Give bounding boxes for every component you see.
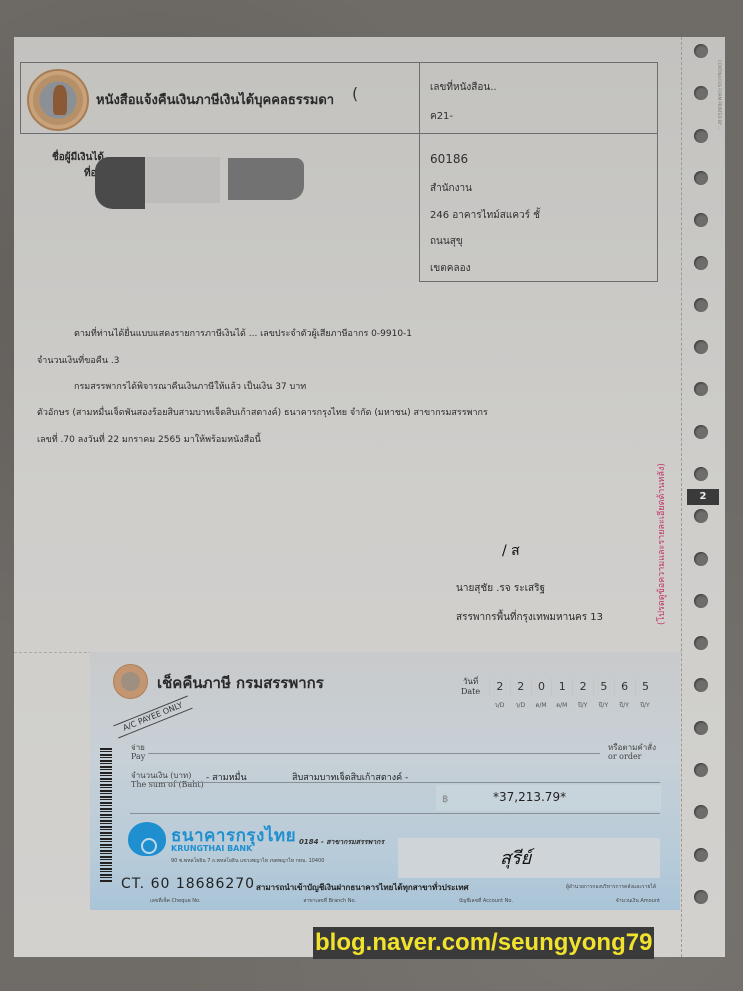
document-title: หนังสือแจ้งคืนเงินภาษีเงินได้บุคคลธรรมดา <box>96 89 334 110</box>
date-unit: ว/D <box>510 700 531 710</box>
office-address-line-1: 246 อาคารไทม์สแควร์ ชั้ <box>430 208 540 223</box>
revenue-department-seal-icon <box>27 69 89 131</box>
date-digit: 5 <box>635 678 656 696</box>
date-digit: 0 <box>531 678 552 696</box>
date-label: วันที่ Date <box>461 677 480 697</box>
micr-label: สาขาเลขที่ Branch No. <box>303 897 356 905</box>
barcode <box>100 748 112 883</box>
pay-label-th: จ่าย <box>131 743 145 752</box>
krungthai-bank-logo-icon <box>128 822 166 856</box>
cheque-title: เช็คคืนภาษี กรมสรรพากร <box>157 671 324 695</box>
tractor-hole <box>694 44 708 58</box>
tractor-hole <box>694 213 708 227</box>
tractor-hole <box>694 805 708 819</box>
officer-signature: / ส <box>502 540 520 562</box>
date-digit: 5 <box>593 678 614 696</box>
date-label-th: วันที่ <box>463 677 478 686</box>
cheque-number: CT. 60 18686270 <box>121 876 255 892</box>
amount-words-line <box>148 782 660 783</box>
letter-number-value: ค21- <box>430 109 453 124</box>
tractor-hole <box>694 594 708 608</box>
date-unit: ปี/Y <box>593 700 614 710</box>
letter-number-label: เลขที่หนังสือน.. <box>430 80 497 95</box>
or-order-label: หรือตามคำสั่ง or order <box>608 743 656 761</box>
tractor-hole <box>694 467 708 481</box>
bank-name-en: KRUNGTHAI BANK <box>171 844 252 853</box>
bank-address: 90 ซ.พหลโยธิน 7 ถ.พหลโยธิน แขวงพญาไท เขต… <box>171 857 324 865</box>
date-cell: 2ว/D <box>510 678 531 710</box>
body-line: ตามที่ท่านได้ยื่นแบบแสดงรายการภาษีเงินได… <box>74 326 412 340</box>
sum-label-th: จำนวนเงิน (บาท) <box>131 771 191 780</box>
tractor-hole <box>694 340 708 354</box>
sum-label: จำนวนเงิน (บาท) The sum of (Baht) <box>131 771 204 789</box>
tractor-hole <box>694 382 708 396</box>
amount-words-line-2 <box>130 813 660 814</box>
director-note: ผู้อำนวยการกองบริหารการคลังและรายได้ <box>566 883 656 891</box>
micr-label: จำนวนเงิน Amount <box>616 897 660 905</box>
body-line: กรมสรรพากรได้พิจารณาคืนเงินภาษีให้แล้ว เ… <box>74 379 306 393</box>
micr-label: บัญชีเลขที่ Account No. <box>459 897 513 905</box>
redaction-block <box>145 157 220 203</box>
bank-branch: 0184 - สาขากรมสรรพากร <box>299 837 384 848</box>
tractor-hole <box>694 129 708 143</box>
date-label-en: Date <box>461 687 480 696</box>
page-number-badge: 2 <box>687 489 719 505</box>
cheque-seal-icon <box>113 664 148 699</box>
or-order-en: or order <box>608 752 642 761</box>
tractor-hole <box>694 86 708 100</box>
date-unit: ปี/Y <box>572 700 593 710</box>
tractor-hole <box>694 171 708 185</box>
tractor-hole <box>694 552 708 566</box>
date-unit: ปี/Y <box>614 700 635 710</box>
body-line: เลขที่ .70 ลงวันที่ 22 มกราคม 2565 มาให้… <box>37 432 261 446</box>
date-cell: 6ปี/Y <box>614 678 635 710</box>
see-reverse-note: (โปรดดูข้อความและรายละเอียดด้านหลัง) <box>655 450 669 625</box>
blog-watermark: blog.naver.com/seungyong79 <box>313 927 654 959</box>
micr-label: เลขที่เช็ค Cheque No. <box>150 897 201 905</box>
deposit-note: สามารถนำเข้าบัญชีเงินฝากธนาคารไทยได้ทุกส… <box>256 881 469 894</box>
signer-name: นายสุชัย .รจ ระเสริฐ <box>456 581 545 596</box>
tractor-hole <box>694 678 708 692</box>
cheque-signature: สุรีย์ <box>500 843 531 872</box>
payee-line <box>148 753 600 754</box>
fine-print-vertical: CONTINUOUS FORM PRINTED BY ... <box>712 60 722 260</box>
office-address-line-3: เขตคลอง <box>430 261 470 276</box>
date-digit: 1 <box>551 678 572 696</box>
pay-label-en: Pay <box>131 752 145 761</box>
or-order-th: หรือตามคำสั่ง <box>608 743 656 752</box>
redaction-block <box>228 158 304 200</box>
cheque-amount: *37,213.79* <box>493 790 566 804</box>
baht-sign: ฿ <box>442 794 448 805</box>
signer-position: สรรพากรพื้นที่กรุงเทพมหานคร 13 <box>456 610 603 625</box>
tractor-hole <box>694 848 708 862</box>
tractor-hole <box>694 890 708 904</box>
date-unit: ว/D <box>489 700 510 710</box>
date-cell: 0ด/M <box>531 678 552 710</box>
body-line: จำนวนเงินที่ขอคืน .3 <box>37 353 119 367</box>
date-cell: 1ด/M <box>551 678 572 710</box>
title-handwritten-mark: ( <box>352 84 358 103</box>
tractor-hole <box>694 721 708 735</box>
tractor-hole <box>694 256 708 270</box>
micr-labels: เลขที่เช็ค Cheque No. สาขาเลขที่ Branch … <box>150 897 660 905</box>
date-cell: 5ปี/Y <box>635 678 656 710</box>
date-digit: 6 <box>614 678 635 696</box>
date-unit: ด/M <box>531 700 552 710</box>
office-address-line-2: ถนนสุขุ <box>430 234 463 249</box>
date-cell: 5ปี/Y <box>593 678 614 710</box>
date-cell: 2ปี/Y <box>572 678 593 710</box>
office-code: 60186 <box>430 152 468 166</box>
pay-label: จ่าย Pay <box>131 743 145 761</box>
date-digit: 2 <box>489 678 510 696</box>
cheque-date: 2ว/D2ว/D0ด/M1ด/M2ปี/Y5ปี/Y6ปี/Y5ปี/Y <box>489 678 655 710</box>
tractor-hole <box>694 636 708 650</box>
redaction-block <box>95 157 145 209</box>
tractor-hole <box>694 763 708 777</box>
tractor-hole <box>694 509 708 523</box>
date-unit: ด/M <box>551 700 572 710</box>
body-line: ตัวอักษร (สามหมื่นเจ็ดพันสองร้อยสิบสามบา… <box>37 405 488 419</box>
date-digit: 2 <box>572 678 593 696</box>
date-unit: ปี/Y <box>635 700 656 710</box>
tractor-hole <box>694 425 708 439</box>
date-cell: 2ว/D <box>489 678 510 710</box>
date-digit: 2 <box>510 678 531 696</box>
tractor-hole <box>694 298 708 312</box>
perforation-line <box>681 37 682 957</box>
office-name: สำนักงาน <box>430 181 472 196</box>
